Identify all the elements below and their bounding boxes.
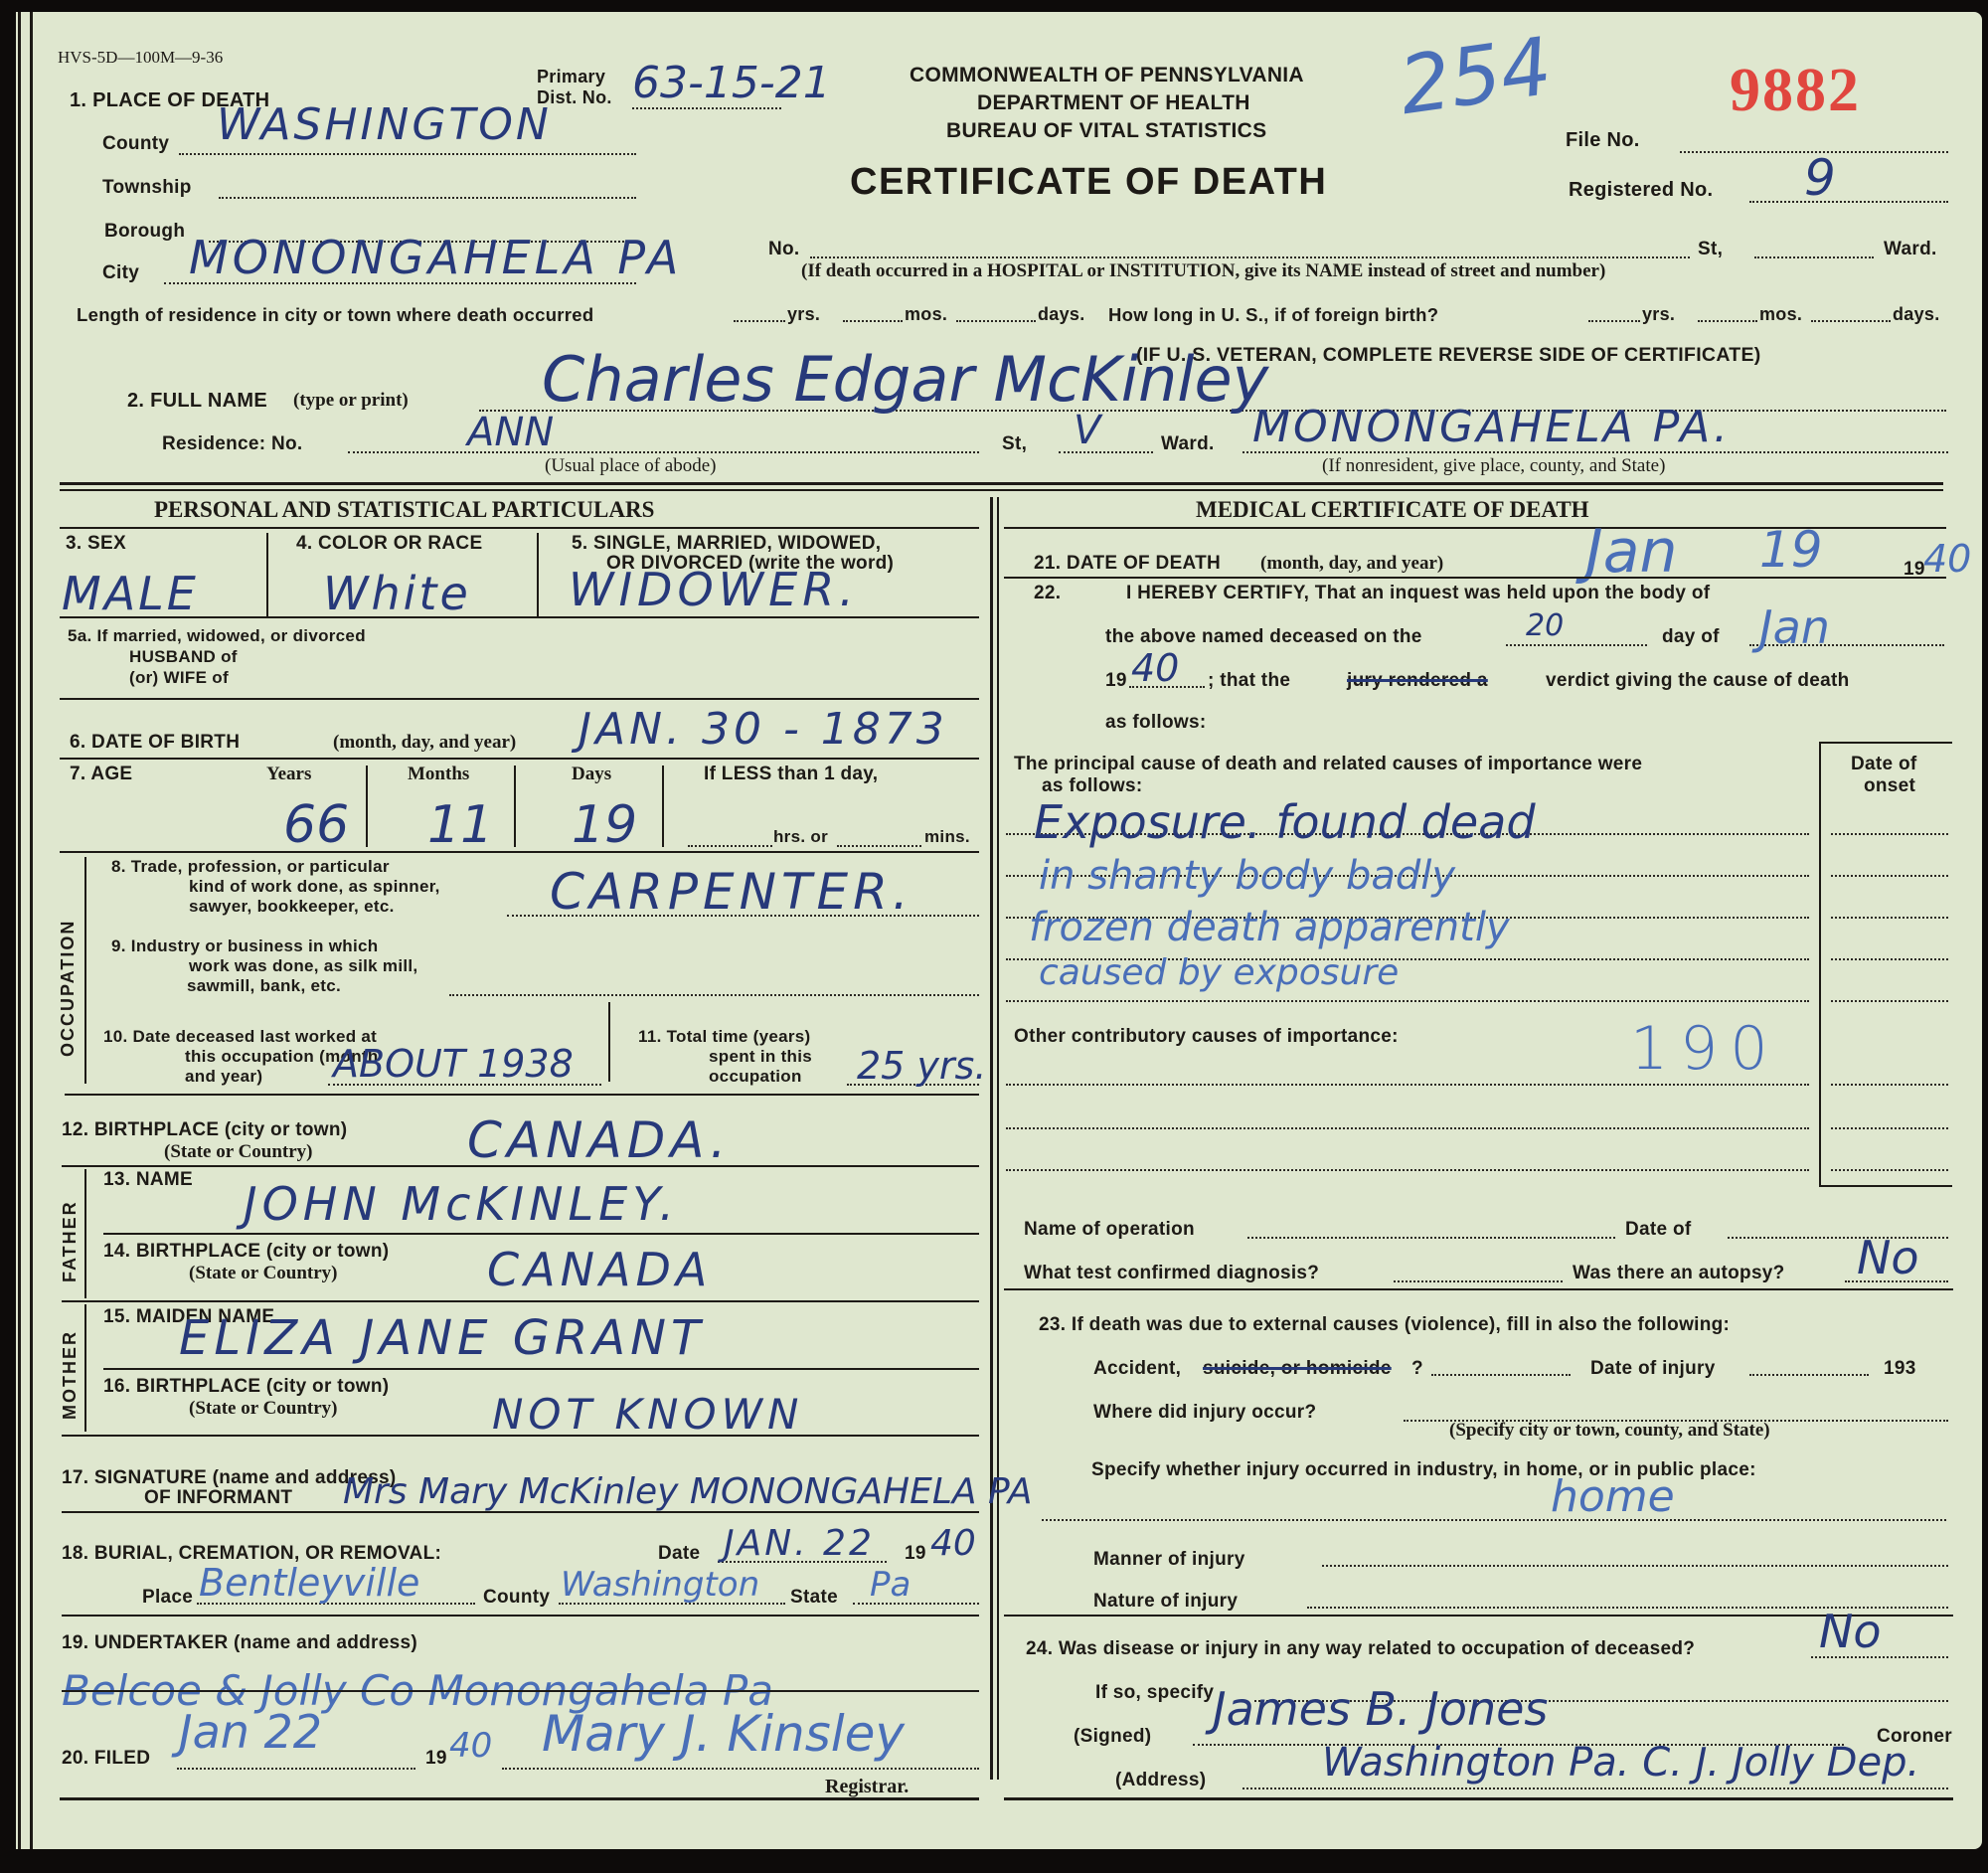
certify-line-3b: verdict giving the cause of death <box>1546 670 1850 692</box>
row-line <box>60 851 979 853</box>
file-no-label: File No. <box>1566 129 1640 152</box>
residence-days-label: days. <box>1038 304 1085 325</box>
dod-year-value: 40 <box>1923 537 1971 581</box>
total-time-label-2: spent in this <box>709 1047 812 1067</box>
dob-value: JAN. 30 - 1873 <box>579 704 948 755</box>
undertaker-label: 19. UNDERTAKER (name and address) <box>62 1632 417 1654</box>
onset-line-5[interactable] <box>1831 1000 1948 1002</box>
county-field[interactable] <box>179 153 636 155</box>
burial-year-prefix: 19 <box>905 1543 926 1565</box>
principal-cause-label-2: as follows: <box>1042 775 1142 797</box>
other-cause-line-2[interactable] <box>1006 1127 1809 1129</box>
marital-value: WIDOWER. <box>569 563 859 616</box>
occupation-related-label: 24. Was disease or injury in any way rel… <box>1026 1638 1695 1660</box>
age-years-label: Years <box>266 764 311 785</box>
birthplace-value: CANADA. <box>467 1111 731 1169</box>
col-divider <box>608 1002 610 1082</box>
accident-struck-text: suicide, or homicide <box>1203 1358 1392 1380</box>
row-line <box>62 1300 979 1302</box>
bottom-line-right <box>1004 1797 1953 1800</box>
cause-line-5[interactable] <box>1006 1000 1809 1002</box>
residence-label: Residence: No. <box>162 433 302 455</box>
specify-place-field[interactable] <box>1042 1519 1946 1521</box>
injury-year-prefix: 193 <box>1884 1358 1916 1380</box>
onset-line-4[interactable] <box>1831 958 1948 960</box>
last-worked-value: ABOUT 1938 <box>333 1042 574 1086</box>
residence-st-value: V <box>1074 408 1100 453</box>
certify-line-1: I HEREBY CERTIFY, That an inquest was he… <box>1126 583 1710 604</box>
filed-date-field[interactable] <box>177 1768 415 1770</box>
occupation-bracket <box>84 857 86 1084</box>
signed-value: James B. Jones <box>1213 1682 1548 1736</box>
other-onset-line-1[interactable] <box>1831 1084 1948 1086</box>
col-divider <box>514 766 516 847</box>
mother-maiden-value: ELIZA JANE GRANT <box>179 1310 705 1366</box>
row-line <box>60 698 979 700</box>
burial-county-label: County <box>483 1587 550 1609</box>
scan-canvas: HVS-5D—100M—9-36 Primary Dist. No. 63-15… <box>0 0 1988 1873</box>
onset-box-bottom <box>1819 1185 1952 1187</box>
nature-injury-label: Nature of injury <box>1093 1591 1238 1613</box>
registered-no-value: 9 <box>1804 149 1836 207</box>
certify-struck-text: jury rendered a <box>1347 670 1488 692</box>
occupation-related-value: No <box>1819 1605 1882 1658</box>
header-commonwealth: COMMONWEALTH OF PENNSYLVANIA <box>910 64 1304 87</box>
mother-birthplace-label-2: (State or Country) <box>189 1398 338 1420</box>
burial-place-label: Place <box>142 1587 193 1609</box>
race-label: 4. COLOR OR RACE <box>296 533 482 555</box>
certify-day-field[interactable] <box>1506 644 1647 646</box>
filed-date-value: Jan 22 <box>179 1705 322 1759</box>
residence-no-field[interactable] <box>348 451 979 453</box>
total-time-label-1: 11. Total time (years) <box>638 1027 811 1047</box>
onset-box-left <box>1819 742 1821 1187</box>
age-label: 7. AGE <box>70 764 132 785</box>
burial-state-value: Pa <box>870 1565 911 1605</box>
sex-label: 3. SEX <box>66 533 126 555</box>
us-mos-field[interactable] <box>1698 320 1757 322</box>
industry-label-3: sawmill, bank, etc. <box>187 976 341 996</box>
us-yrs-label: yrs. <box>1642 304 1675 325</box>
row-line <box>65 1094 979 1096</box>
principal-cause-label-1: The principal cause of death and related… <box>1014 754 1642 775</box>
medical-section-title: MEDICAL CERTIFICATE OF DEATH <box>1196 497 1589 523</box>
operation-date-label: Date of <box>1625 1219 1692 1241</box>
row-line <box>60 758 979 760</box>
county-value: WASHINGTON <box>217 99 552 150</box>
injury-date-field[interactable] <box>1749 1374 1869 1376</box>
onset-line-3[interactable] <box>1831 917 1948 919</box>
left-border-outer <box>18 12 21 1849</box>
burial-state-label: State <box>790 1587 838 1609</box>
autopsy-label: Was there an autopsy? <box>1573 1263 1785 1284</box>
mins-field[interactable] <box>837 845 921 847</box>
col-divider <box>537 533 539 617</box>
residence-ward-label: Ward. <box>1161 433 1215 455</box>
manner-injury-label: Manner of injury <box>1093 1549 1245 1571</box>
sex-value: MALE <box>62 567 199 620</box>
certify-num: 22. <box>1034 583 1061 604</box>
dob-note: (month, day, and year) <box>333 732 516 754</box>
onset-line-2[interactable] <box>1831 875 1948 877</box>
filed-year-prefix: 19 <box>425 1748 447 1770</box>
birthplace-label-2: (State or Country) <box>164 1141 313 1163</box>
county-label: County <box>102 133 169 155</box>
filed-label: 20. FILED <box>62 1748 150 1770</box>
accident-label-a: Accident, <box>1093 1358 1181 1380</box>
bottom-line-left <box>60 1797 979 1800</box>
diagnosis-label: What test confirmed diagnosis? <box>1024 1263 1319 1284</box>
less-than-day-label: If LESS than 1 day, <box>704 764 878 785</box>
form-code: HVS-5D—100M—9-36 <box>58 48 223 68</box>
industry-label-1: 9. Industry or business in which <box>111 936 378 956</box>
street-no-label: No. <box>768 239 800 260</box>
certify-line-3a: ; that the <box>1208 670 1290 692</box>
page-title: CERTIFICATE OF DEATH <box>850 161 1327 204</box>
diagnosis-field[interactable] <box>1394 1280 1563 1282</box>
onset-line-1[interactable] <box>1831 833 1948 835</box>
dist-number-value: 63-15-21 <box>632 58 831 108</box>
dod-note: (month, day, and year) <box>1260 553 1443 575</box>
row-line <box>62 1615 979 1617</box>
certify-line-4: as follows: <box>1105 712 1206 734</box>
specify-place-value: home <box>1551 1471 1675 1522</box>
total-time-label-3: occupation <box>709 1067 802 1087</box>
industry-label-2: work was done, as silk mill, <box>189 956 417 976</box>
age-days-label: Days <box>572 764 611 785</box>
address-field[interactable] <box>1242 1788 1948 1789</box>
header-department: DEPARTMENT OF HEALTH <box>977 91 1250 115</box>
trade-label-1: 8. Trade, profession, or particular <box>111 857 390 877</box>
township-field[interactable] <box>219 197 636 199</box>
birthplace-label-1: 12. BIRTHPLACE (city or town) <box>62 1119 347 1141</box>
certify-line-2b: day of <box>1662 626 1720 648</box>
registered-no-label: Registered No. <box>1569 179 1713 202</box>
ward-label: Ward. <box>1884 239 1937 260</box>
burial-county-value: Washington <box>561 1565 759 1605</box>
external-causes-label: 23. If death was due to external causes … <box>1039 1314 1730 1336</box>
father-name-label: 13. NAME <box>103 1169 193 1191</box>
row-line <box>1004 1288 1953 1290</box>
dod-label: 21. DATE OF DEATH <box>1034 553 1221 575</box>
hospital-note: (If death occurred in a HOSPITAL or INST… <box>801 260 1605 282</box>
residence-mos-field[interactable] <box>843 320 903 322</box>
registrar-field[interactable] <box>502 1768 979 1770</box>
father-name-value: JOHN McKINLEY. <box>244 1177 679 1231</box>
cause-text-2: in shanty body badly <box>1039 853 1455 899</box>
burial-year-value: 40 <box>930 1523 976 1564</box>
header-bureau: BUREAU OF VITAL STATISTICS <box>946 119 1266 143</box>
total-time-value: 25 yrs. <box>857 1044 986 1088</box>
other-onset-line-2[interactable] <box>1831 1127 1948 1129</box>
other-causes-note: 190 <box>1630 1014 1780 1084</box>
father-bracket <box>84 1169 86 1298</box>
other-onset-line-3[interactable] <box>1831 1169 1948 1171</box>
residence-yrs-field[interactable] <box>734 320 785 322</box>
trade-label-3: sawyer, bookkeeper, etc. <box>189 897 395 917</box>
row-line <box>60 527 979 529</box>
residence-no-value: ANN <box>467 410 554 455</box>
col-divider <box>662 766 664 847</box>
ward-field[interactable] <box>1754 256 1874 258</box>
dod-day-value: 19 <box>1759 521 1823 579</box>
age-months-value: 11 <box>427 795 493 855</box>
mother-birthplace-value: NOT KNOWN <box>492 1390 803 1439</box>
col-divider <box>366 766 368 847</box>
mother-side-label: MOTHER <box>60 1330 81 1420</box>
spouse-label-1: 5a. If married, widowed, or divorced <box>68 626 366 646</box>
certify-year-value: 40 <box>1131 646 1179 690</box>
row-line <box>103 1368 979 1370</box>
registrar-label: Registrar. <box>825 1776 909 1798</box>
us-yrs-field[interactable] <box>1588 320 1640 322</box>
onset-label-2: onset <box>1864 775 1915 797</box>
other-cause-line-3[interactable] <box>1006 1169 1809 1171</box>
hrs-field[interactable] <box>688 845 772 847</box>
us-days-field[interactable] <box>1811 320 1891 322</box>
full-name-value: Charles Edgar McKinley <box>542 343 1268 416</box>
occupation-side-label: OCCUPATION <box>58 920 79 1057</box>
age-months-label: Months <box>408 764 469 785</box>
hrs-label: hrs. or <box>773 827 828 847</box>
row-line <box>62 1435 979 1437</box>
mins-label: mins. <box>924 827 970 847</box>
col-divider <box>266 533 268 617</box>
full-name-label: 2. FULL NAME <box>127 390 267 413</box>
certify-month-value: Jan <box>1759 600 1830 654</box>
other-cause-line-1[interactable] <box>1006 1084 1809 1086</box>
race-value: White <box>323 567 471 620</box>
residence-length-label: Length of residence in city or town wher… <box>77 304 594 326</box>
industry-field[interactable] <box>449 994 979 996</box>
us-days-label: days. <box>1893 304 1940 325</box>
other-causes-label: Other contributory causes of importance: <box>1014 1026 1399 1048</box>
residence-mos-label: mos. <box>905 304 947 325</box>
center-divider <box>990 497 993 1780</box>
mother-birthplace-label-1: 16. BIRTHPLACE (city or town) <box>103 1376 389 1398</box>
where-injury-label: Where did injury occur? <box>1093 1402 1316 1424</box>
marital-label-1: 5. SINGLE, MARRIED, WIDOWED, <box>572 533 881 555</box>
township-label: Township <box>102 177 192 199</box>
section-divider-top <box>60 482 1943 485</box>
residence-yrs-label: yrs. <box>787 304 820 325</box>
city-label: City <box>102 262 139 284</box>
burial-date-value: JAN. 22 <box>724 1523 875 1564</box>
address-value: Washington Pa. C. J. Jolly Dep. <box>1322 1740 1919 1786</box>
row-line <box>1004 577 1946 579</box>
certify-year-prefix: 19 <box>1105 670 1127 692</box>
borough-label: Borough <box>104 221 185 243</box>
how-long-us-label: How long in U. S., if of foreign birth? <box>1108 304 1438 326</box>
burial-date-label: Date <box>658 1543 700 1565</box>
mother-bracket <box>84 1304 86 1432</box>
certify-day-value: 20 <box>1526 608 1564 643</box>
onset-box-top <box>1819 742 1952 744</box>
accident-label-b: ? <box>1411 1358 1423 1380</box>
last-worked-label-3: and year) <box>185 1067 262 1087</box>
signed-label: (Signed) <box>1074 1726 1151 1748</box>
accident-field[interactable] <box>1431 1374 1571 1376</box>
section-divider-top-2 <box>60 489 1943 491</box>
street-st-label: St, <box>1698 239 1723 260</box>
personal-section-title: PERSONAL AND STATISTICAL PARTICULARS <box>154 497 654 523</box>
injury-date-label: Date of injury <box>1590 1358 1716 1380</box>
address-label: (Address) <box>1115 1770 1206 1791</box>
left-border-inner <box>30 12 33 1849</box>
burial-place-value: Bentleyville <box>199 1561 419 1605</box>
father-birthplace-value: CANADA <box>487 1243 712 1296</box>
age-days-value: 19 <box>572 795 637 855</box>
row-line <box>62 1165 979 1167</box>
nonresident-note: (If nonresident, give place, county, and… <box>1322 455 1665 477</box>
residence-days-field[interactable] <box>956 320 1036 322</box>
registrar-signature: Mary J. Kinsley <box>542 1705 905 1763</box>
spouse-label-3: (or) WIFE of <box>129 668 229 688</box>
street-field[interactable] <box>810 256 1690 258</box>
row-line <box>1004 1615 1953 1617</box>
trade-value: CARPENTER. <box>550 863 913 921</box>
red-stamp-number: 9882 <box>1730 56 1861 126</box>
father-birthplace-label-2: (State or Country) <box>189 1263 338 1284</box>
father-birthplace-label-1: 14. BIRTHPLACE (city or town) <box>103 1241 389 1263</box>
registered-no-field[interactable] <box>1749 201 1948 203</box>
row-line <box>62 1690 979 1692</box>
certify-line-2a: the above named deceased on the <box>1105 626 1422 648</box>
row-line <box>60 616 979 618</box>
residence-st-label: St, <box>1002 433 1027 455</box>
autopsy-value: No <box>1857 1231 1919 1284</box>
age-years-value: 66 <box>283 795 349 855</box>
operation-field[interactable] <box>1247 1237 1615 1239</box>
informant-label-2: OF INFORMANT <box>144 1487 292 1509</box>
row-line <box>103 1233 979 1235</box>
dob-label: 6. DATE OF BIRTH <box>70 732 240 754</box>
informant-value: Mrs Mary McKinley MONONGAHELA PA <box>343 1471 1033 1512</box>
trade-label-2: kind of work done, as spinner, <box>189 877 440 897</box>
us-mos-label: mos. <box>1759 304 1802 325</box>
operation-label: Name of operation <box>1024 1219 1195 1241</box>
row-line <box>62 1511 979 1513</box>
cause-text-3: frozen death apparently <box>1029 905 1510 950</box>
onset-label-1: Date of <box>1851 754 1917 775</box>
if-so-label: If so, specify <box>1095 1682 1214 1704</box>
filed-year-value: 40 <box>449 1726 492 1766</box>
cause-text-1: Exposure. found dead <box>1034 795 1536 849</box>
father-side-label: FATHER <box>60 1200 81 1282</box>
residence-ward-value: MONONGAHELA PA. <box>1252 402 1731 452</box>
city-value: MONONGAHELA PA <box>189 231 682 284</box>
abode-note: (Usual place of abode) <box>545 455 717 477</box>
full-name-note: (type or print) <box>293 390 409 412</box>
manner-injury-field[interactable] <box>1322 1565 1948 1567</box>
primary-label: Primary <box>537 68 605 85</box>
where-injury-note: (Specify city or town, county, and State… <box>1449 1420 1770 1442</box>
spouse-label-2: HUSBAND of <box>129 647 238 667</box>
cause-text-4: caused by exposure <box>1039 952 1399 993</box>
center-divider-2 <box>997 497 999 1780</box>
